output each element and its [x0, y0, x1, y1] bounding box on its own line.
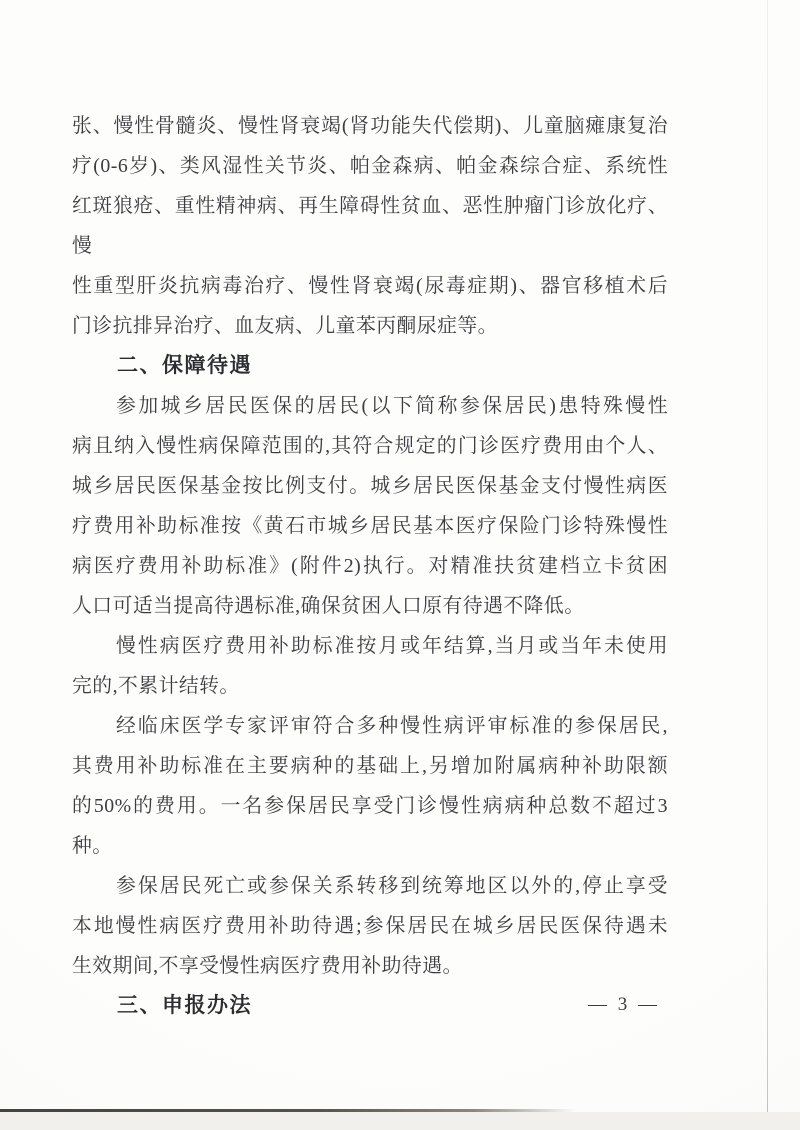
- text-line: 参加城乡居民医保的居民(以下简称参保居民)患特殊慢性: [72, 386, 668, 426]
- paragraph-disease-list-continuation: 张、慢性骨髓炎、慢性肾衰竭(肾功能失代偿期)、儿童脑瘫康复治 疗(0-6岁)、类…: [72, 106, 668, 346]
- scanner-background-strip: [0, 1112, 800, 1130]
- text-line: 人口可适当提高待遇标准,确保贫困人口原有待遇不降低。: [72, 586, 668, 626]
- scan-paper-right-edge: [767, 0, 768, 1112]
- text-line: 城乡居民医保基金按比例支付。城乡居民医保基金支付慢性病医: [72, 466, 668, 506]
- text-line: 其费用补助标准在主要病种的基础上,另增加附属病种补助限额: [72, 746, 668, 786]
- text-line: 参保居民死亡或参保关系转移到统筹地区以外的,停止享受: [72, 866, 668, 906]
- text-line: 红斑狼疮、重性精神病、再生障碍性贫血、恶性肿瘤门诊放化疗、慢: [72, 186, 668, 266]
- text-line: 完的,不累计结转。: [72, 666, 668, 706]
- text-line: 的50%的费用。一名参保居民享受门诊慢性病病种总数不超过3: [72, 786, 668, 826]
- text-line: 张、慢性骨髓炎、慢性肾衰竭(肾功能失代偿期)、儿童脑瘫康复治: [72, 106, 668, 146]
- paragraph-benefit-termination: 参保居民死亡或参保关系转移到统筹地区以外的,停止享受 本地慢性病医疗费用补助待遇…: [72, 866, 668, 986]
- text-line: 本地慢性病医疗费用补助待遇;参保居民在城乡居民医保待遇未: [72, 906, 668, 946]
- document-body: 张、慢性骨髓炎、慢性肾衰竭(肾功能失代偿期)、儿童脑瘫康复治 疗(0-6岁)、类…: [72, 106, 668, 1026]
- text-line: 性重型肝炎抗病毒治疗、慢性肾衰竭(尿毒症期)、器官移植术后: [72, 266, 668, 306]
- text-line: 慢性病医疗费用补助标准按月或年结算,当月或当年未使用: [72, 626, 668, 666]
- text-line: 疗(0-6岁)、类风湿性关节炎、帕金森病、帕金森综合症、系统性: [72, 146, 668, 186]
- text-line: 疗费用补助标准按《黄石市城乡居民基本医疗保险门诊特殊慢性: [72, 506, 668, 546]
- section-heading-benefits: 二、保障待遇: [72, 346, 668, 386]
- text-line: 病且纳入慢性病保障范围的,其符合规定的门诊医疗费用由个人、: [72, 426, 668, 466]
- scan-paper-bottom-edge: [0, 1109, 576, 1112]
- page-number: — 3 —: [0, 994, 660, 1016]
- text-line: 门诊抗排异治疗、血友病、儿童苯丙酮尿症等。: [72, 306, 668, 346]
- text-line: 经临床医学专家评审符合多种慢性病评审标准的参保居民,: [72, 706, 668, 746]
- paragraph-coverage-and-standards: 参加城乡居民医保的居民(以下简称参保居民)患特殊慢性 病且纳入慢性病保障范围的,…: [72, 386, 668, 626]
- text-line: 生效期间,不享受慢性病医疗费用补助待遇。: [72, 946, 668, 986]
- text-line: 病医疗费用补助标准》(附件2)执行。对精准扶贫建档立卡贫困: [72, 546, 668, 586]
- paragraph-multiple-disease-subsidy: 经临床医学专家评审符合多种慢性病评审标准的参保居民, 其费用补助标准在主要病种的…: [72, 706, 668, 866]
- text-line: 种。: [72, 826, 668, 866]
- paragraph-settlement-rules: 慢性病医疗费用补助标准按月或年结算,当月或当年未使用 完的,不累计结转。: [72, 626, 668, 706]
- scanned-document-page: 张、慢性骨髓炎、慢性肾衰竭(肾功能失代偿期)、儿童脑瘫康复治 疗(0-6岁)、类…: [0, 0, 800, 1130]
